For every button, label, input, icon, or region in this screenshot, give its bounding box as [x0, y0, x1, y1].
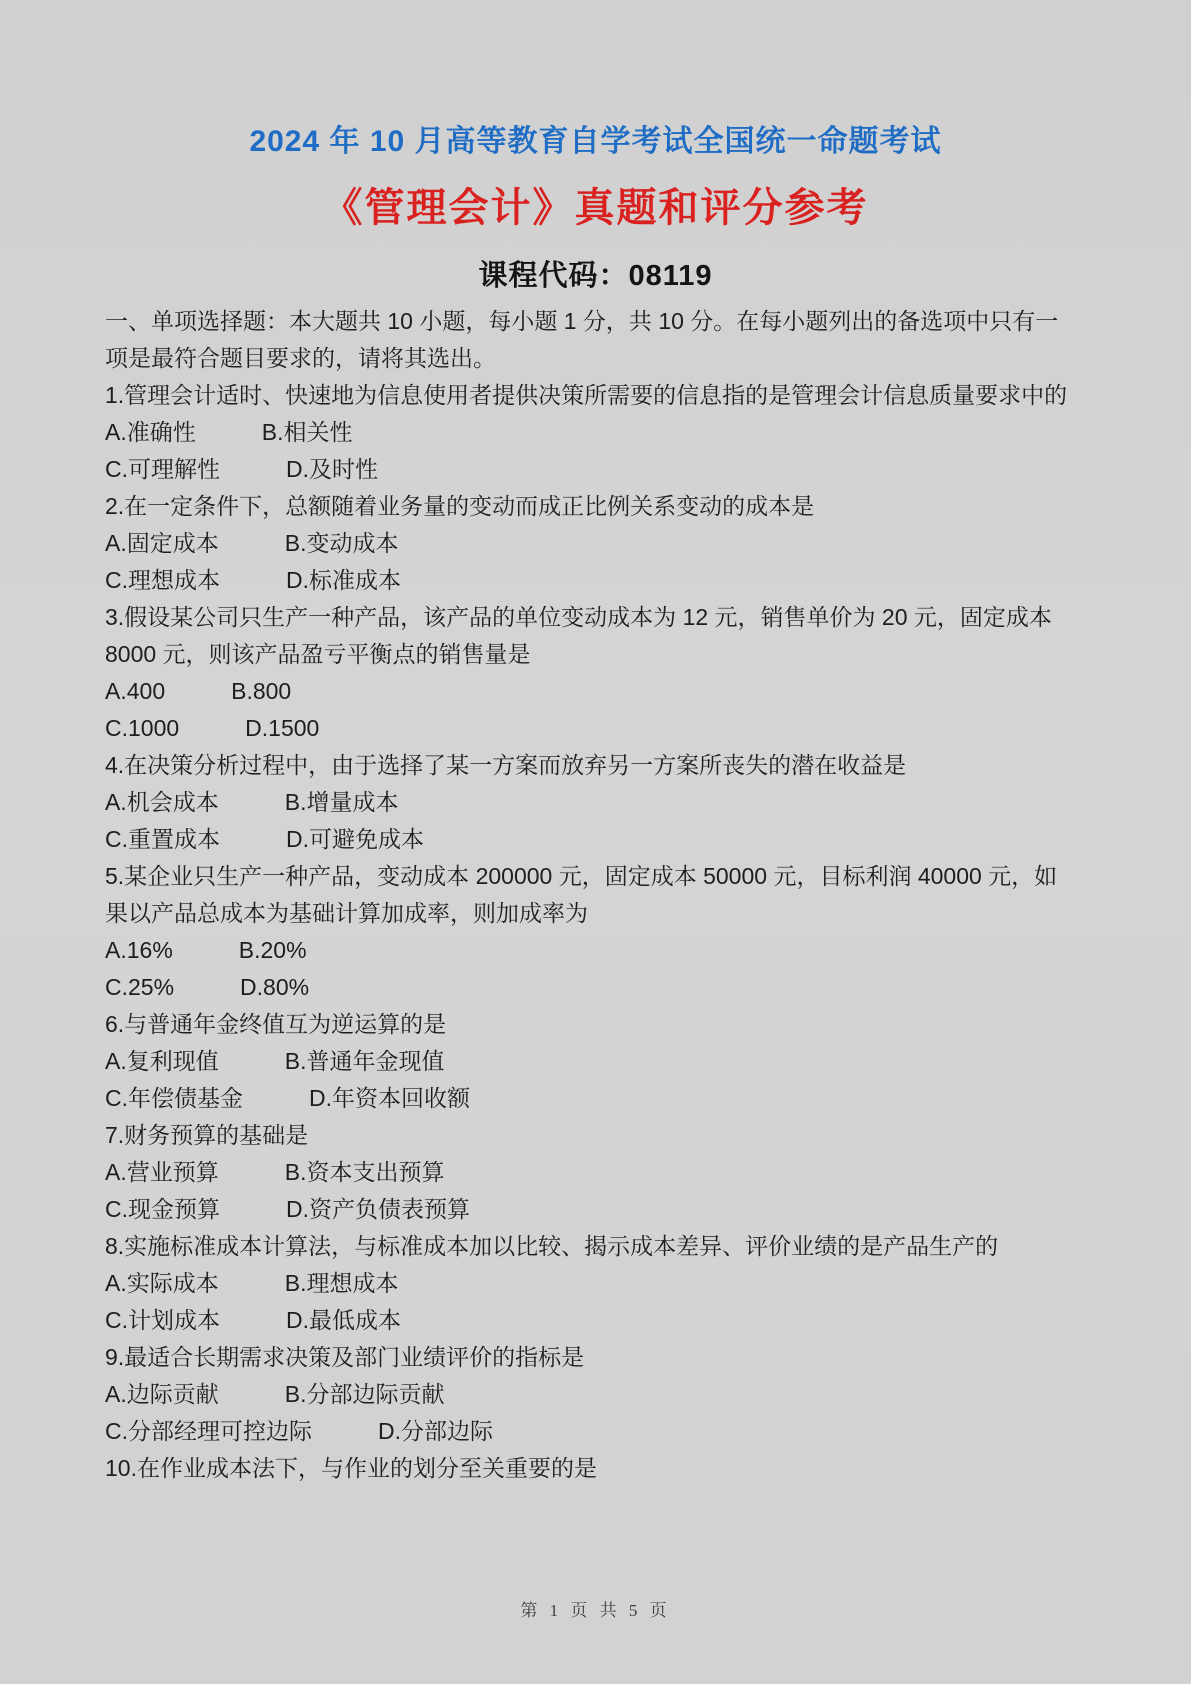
- option: D.资产负债表预算: [286, 1191, 470, 1228]
- question-8-option-row: C.计划成本D.最低成本: [105, 1302, 1045, 1339]
- question-6-option-row: A.复利现值B.普通年金现值: [105, 1043, 1045, 1080]
- course-code: 课程代码：08119: [0, 253, 1191, 294]
- exam-paper-page: 2024 年 10 月高等教育自学考试全国统一命题考试 《管理会计》真题和评分参…: [0, 0, 1191, 1684]
- option: A.实际成本: [105, 1265, 219, 1302]
- question-4-option-row: C.重置成本D.可避免成本: [105, 821, 1045, 858]
- option: B.理想成本: [285, 1265, 399, 1302]
- option: C.25%: [105, 969, 174, 1006]
- option: C.计划成本: [105, 1302, 220, 1339]
- option: C.分部经理可控边际: [105, 1413, 312, 1450]
- option: D.可避免成本: [286, 821, 424, 858]
- paper-header: 2024 年 10 月高等教育自学考试全国统一命题考试 《管理会计》真题和评分参…: [0, 116, 1191, 294]
- question-3-stem: 8000 元，则该产品盈亏平衡点的销售量是: [105, 636, 1045, 673]
- option: A.边际贡献: [105, 1376, 219, 1413]
- option: B.分部边际贡献: [285, 1376, 445, 1413]
- question-5-option-row: C.25%D.80%: [105, 969, 1045, 1006]
- body-lines: 一、单项选择题：本大题共 10 小题，每小题 1 分，共 10 分。在每小题列出…: [105, 303, 1045, 1487]
- option: B.增量成本: [285, 784, 399, 821]
- question-3-option-row: A.400B.800: [105, 673, 1045, 710]
- option: B.20%: [239, 932, 307, 969]
- question-1-option-row: C.可理解性D.及时性: [105, 451, 1045, 488]
- option: A.机会成本: [105, 784, 219, 821]
- question-1-option-row: A.准确性B.相关性: [105, 414, 1045, 451]
- option: B.800: [231, 673, 291, 710]
- option: A.复利现值: [105, 1043, 219, 1080]
- option: D.分部边际: [378, 1413, 493, 1450]
- option: C.1000: [105, 710, 179, 747]
- question-7-stem: 7.财务预算的基础是: [105, 1117, 1045, 1154]
- option: C.重置成本: [105, 821, 220, 858]
- question-4-option-row: A.机会成本B.增量成本: [105, 784, 1045, 821]
- question-4-stem: 4.在决策分析过程中，由于选择了某一方案而放弃另一方案所丧失的潜在收益是: [105, 747, 1045, 784]
- question-1-stem: 1.管理会计适时、快速地为信息使用者提供决策所需要的信息指的是管理会计信息质量要…: [105, 377, 1045, 414]
- option: A.准确性: [105, 414, 196, 451]
- option: A.400: [105, 673, 165, 710]
- question-2-option-row: C.理想成本D.标准成本: [105, 562, 1045, 599]
- question-7-option-row: A.营业预算B.资本支出预算: [105, 1154, 1045, 1191]
- option: D.标准成本: [286, 562, 401, 599]
- option: C.理想成本: [105, 562, 220, 599]
- exam-session-title: 2024 年 10 月高等教育自学考试全国统一命题考试: [0, 116, 1191, 160]
- question-8-option-row: A.实际成本B.理想成本: [105, 1265, 1045, 1302]
- question-7-option-row: C.现金预算D.资产负债表预算: [105, 1191, 1045, 1228]
- option: D.及时性: [286, 451, 378, 488]
- paper-title: 《管理会计》真题和评分参考: [0, 176, 1191, 233]
- option: A.16%: [105, 932, 173, 969]
- option: D.80%: [240, 969, 309, 1006]
- option: C.可理解性: [105, 451, 220, 488]
- question-9-option-row: A.边际贡献B.分部边际贡献: [105, 1376, 1045, 1413]
- page-indicator: 第 1 页 共 5 页: [0, 1596, 1191, 1621]
- question-3-option-row: C.1000D.1500: [105, 710, 1045, 747]
- question-3-stem: 3.假设某公司只生产一种产品，该产品的单位变动成本为 12 元，销售单价为 20…: [105, 599, 1045, 636]
- option: B.普通年金现值: [285, 1043, 445, 1080]
- question-5-option-row: A.16%B.20%: [105, 932, 1045, 969]
- option: B.变动成本: [285, 525, 399, 562]
- question-2-stem: 2.在一定条件下，总额随着业务量的变动而成正比例关系变动的成本是: [105, 488, 1045, 525]
- option: D.最低成本: [286, 1302, 401, 1339]
- section-heading-line: 项是最符合题目要求的，请将其选出。: [105, 340, 1045, 377]
- question-9-stem: 9.最适合长期需求决策及部门业绩评价的指标是: [105, 1339, 1045, 1376]
- question-2-option-row: A.固定成本B.变动成本: [105, 525, 1045, 562]
- option: A.营业预算: [105, 1154, 219, 1191]
- question-6-stem: 6.与普通年金终值互为逆运算的是: [105, 1006, 1045, 1043]
- option: B.相关性: [262, 414, 353, 451]
- option: C.年偿债基金: [105, 1080, 243, 1117]
- question-5-stem: 果以产品总成本为基础计算加成率，则加成率为: [105, 895, 1045, 932]
- option: D.1500: [245, 710, 319, 747]
- question-9-option-row: C.分部经理可控边际D.分部边际: [105, 1413, 1045, 1450]
- option: B.资本支出预算: [285, 1154, 445, 1191]
- option: C.现金预算: [105, 1191, 220, 1228]
- question-10-stem: 10.在作业成本法下，与作业的划分至关重要的是: [105, 1450, 1045, 1487]
- option: A.固定成本: [105, 525, 219, 562]
- question-8-stem: 8.实施标准成本计算法，与标准成本加以比较、揭示成本差异、评价业绩的是产品生产的: [105, 1228, 1045, 1265]
- option: D.年资本回收额: [309, 1080, 470, 1117]
- question-5-stem: 5.某企业只生产一种产品，变动成本 200000 元，固定成本 50000 元，…: [105, 858, 1045, 895]
- section-heading-line: 一、单项选择题：本大题共 10 小题，每小题 1 分，共 10 分。在每小题列出…: [105, 303, 1045, 340]
- question-6-option-row: C.年偿债基金D.年资本回收额: [105, 1080, 1045, 1117]
